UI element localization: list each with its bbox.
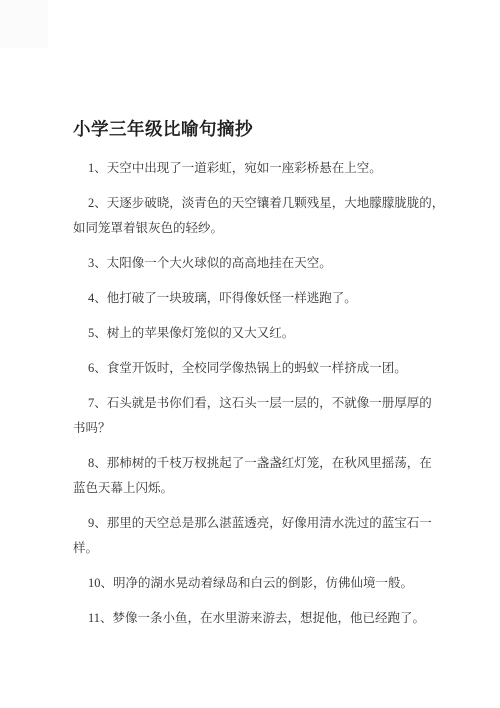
sentence-line: 样。 [73,536,433,561]
paragraph: 8、那柿树的千枝万杈挑起了一盏盏红灯笼，在秋风里摇荡，在 蓝色天幕上闪烁。 [73,451,433,501]
sentence-line: 4、他打破了一块玻璃，吓得像妖怪一样逃跑了。 [73,286,433,311]
sentence-line: 10、明净的湖水晃动着绿岛和白云的倒影，仿佛仙境一般。 [73,571,433,596]
sentence-line: 如同笼罩着银灰色的轻纱。 [73,216,433,241]
paragraph: 7、石头就是书你们看，这石头一层一层的，不就像一册厚厚的 书吗？ [73,391,433,441]
paragraph: 10、明净的湖水晃动着绿岛和白云的倒影，仿佛仙境一般。 [73,571,433,596]
paragraph: 6、食堂开饭时，全校同学像热锅上的蚂蚁一样挤成一团。 [73,356,433,381]
sentence-line: 蓝色天幕上闪烁。 [73,476,433,501]
paragraph: 1、天空中出现了一道彩虹，宛如一座彩桥悬在上空。 [73,156,433,181]
document-page: 小学三年级比喻句摘抄 1、天空中出现了一道彩虹，宛如一座彩桥悬在上空。 2、天逐… [0,0,500,708]
sentence-line: 1、天空中出现了一道彩虹，宛如一座彩桥悬在上空。 [73,156,433,181]
sentence-line: 8、那柿树的千枝万杈挑起了一盏盏红灯笼，在秋风里摇荡，在 [73,451,433,476]
paragraph: 3、太阳像一个大火球似的高高地挂在天空。 [73,251,433,276]
paragraph: 5、树上的苹果像灯笼似的又大又红。 [73,321,433,346]
paragraph: 4、他打破了一块玻璃，吓得像妖怪一样逃跑了。 [73,286,433,311]
paragraph: 2、天逐步破晓，淡青色的天空镶着几颗残星，大地朦朦胧胧的， 如同笼罩着银灰色的轻… [73,191,433,241]
sentence-line: 9、那里的天空总是那么湛蓝透亮，好像用清水洗过的蓝宝石一 [73,511,433,536]
sentence-line: 7、石头就是书你们看，这石头一层一层的，不就像一册厚厚的 [73,391,433,416]
sentence-line: 书吗？ [73,416,433,441]
sentence-line: 3、太阳像一个大火球似的高高地挂在天空。 [73,251,433,276]
paragraph: 9、那里的天空总是那么湛蓝透亮，好像用清水洗过的蓝宝石一 样。 [73,511,433,561]
document-content: 小学三年级比喻句摘抄 1、天空中出现了一道彩虹，宛如一座彩桥悬在上空。 2、天逐… [73,116,433,631]
sentence-line: 6、食堂开饭时，全校同学像热锅上的蚂蚁一样挤成一团。 [73,356,433,381]
sentence-line: 5、树上的苹果像灯笼似的又大又红。 [73,321,433,346]
page-corner-shade [0,0,48,48]
paragraph: 11、梦像一条小鱼，在水里游来游去，想捉他，他已经跑了。 [73,606,433,631]
sentence-line: 2、天逐步破晓，淡青色的天空镶着几颗残星，大地朦朦胧胧的， [73,191,433,216]
document-title: 小学三年级比喻句摘抄 [73,116,433,142]
sentence-line: 11、梦像一条小鱼，在水里游来游去，想捉他，他已经跑了。 [73,606,433,631]
